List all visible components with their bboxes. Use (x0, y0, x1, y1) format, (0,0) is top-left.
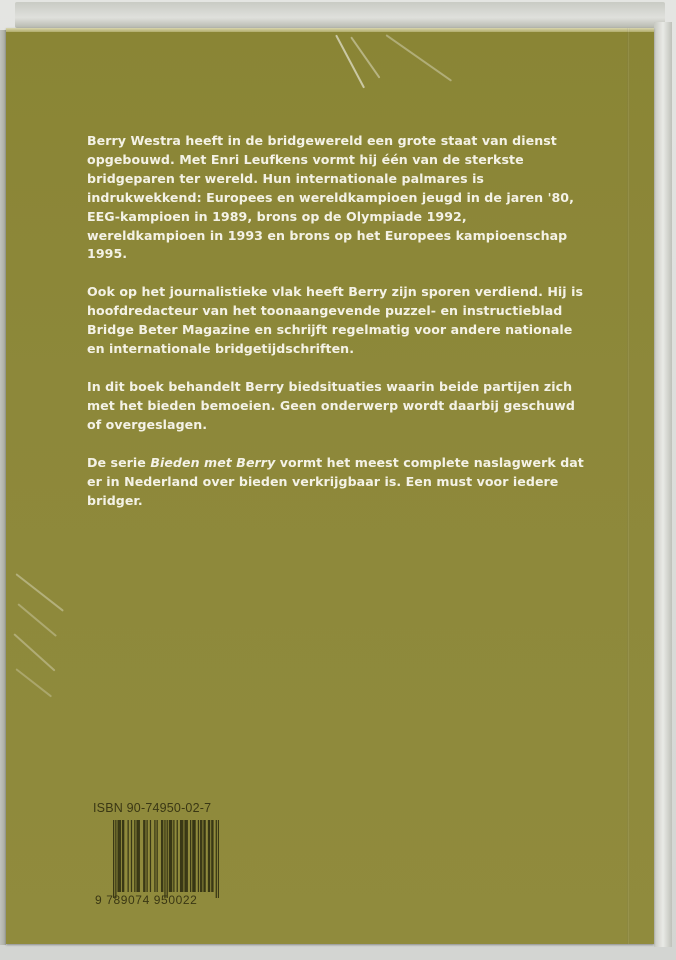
series-title: Bieden met Berry (150, 455, 275, 470)
back-cover-blurb: Berry Westra heeft in de bridgewereld ee… (87, 132, 587, 529)
glare-streak (13, 633, 55, 671)
blurb-paragraph-book-topic: In dit boek behandelt Berry biedsituatie… (87, 378, 587, 435)
isbn-label: ISBN 90-74950-02-7 (93, 801, 211, 815)
series-prefix: De serie (87, 455, 150, 470)
barcode-digits: 9 789074 950022 (95, 893, 197, 907)
hinge-groove (627, 28, 630, 944)
glare-streak (335, 35, 365, 89)
blurb-paragraph-series: De serie Bieden met Berry vormt het mees… (87, 454, 587, 511)
glare-streak (17, 603, 57, 637)
blurb-paragraph-author-achievements: Berry Westra heeft in de bridgewereld ee… (87, 132, 587, 264)
book-page-edge (654, 22, 672, 947)
glare-streak (385, 34, 452, 82)
shrink-wrap-top-fold (15, 2, 665, 28)
blurb-paragraph-journalism: Ook op het journalistieke vlak heeft Ber… (87, 283, 587, 359)
cover-top-edge (6, 28, 654, 32)
glare-streak (15, 668, 52, 697)
ean-barcode (113, 820, 219, 898)
